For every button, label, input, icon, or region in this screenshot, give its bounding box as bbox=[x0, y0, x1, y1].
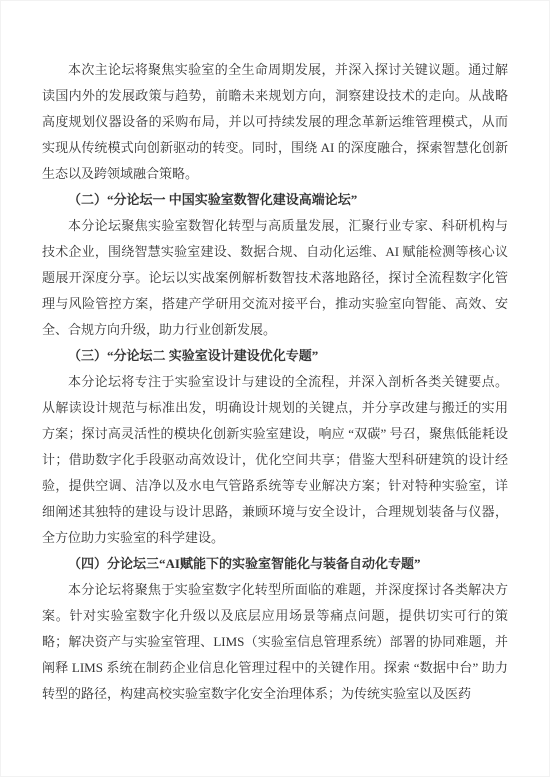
heading-subforum-1: （二）“分论坛一 中国实验室数智化建设高端论坛” bbox=[42, 187, 508, 213]
paragraph-subforum-3-description: 本分论坛将聚焦于实验室数字化转型所面临的难题，并深度探讨各类解决方案。针对实验室… bbox=[42, 577, 508, 707]
paragraph-subforum-2-description: 本分论坛将专注于实验室设计与建设的全流程，并深入剖析各类关键要点。从解读设计规范… bbox=[42, 369, 508, 551]
paragraph-subforum-1-description: 本分论坛聚焦实验室数智化转型与高质量发展，汇聚行业专家、科研机构与技术企业，围绕… bbox=[42, 213, 508, 343]
heading-subforum-3: （四）分论坛三“AI赋能下的实验室智能化与装备自动化专题” bbox=[42, 551, 508, 577]
paragraph-main-forum-intro: 本次主论坛将聚焦实验室的全生命周期发展，并深入探讨关键议题。通过解读国内外的发展… bbox=[42, 57, 508, 187]
heading-subforum-2: （三）“分论坛二 实验室设计建设优化专题” bbox=[42, 343, 508, 369]
document-page: 本次主论坛将聚焦实验室的全生命周期发展，并深入探讨关键议题。通过解读国内外的发展… bbox=[0, 0, 550, 777]
